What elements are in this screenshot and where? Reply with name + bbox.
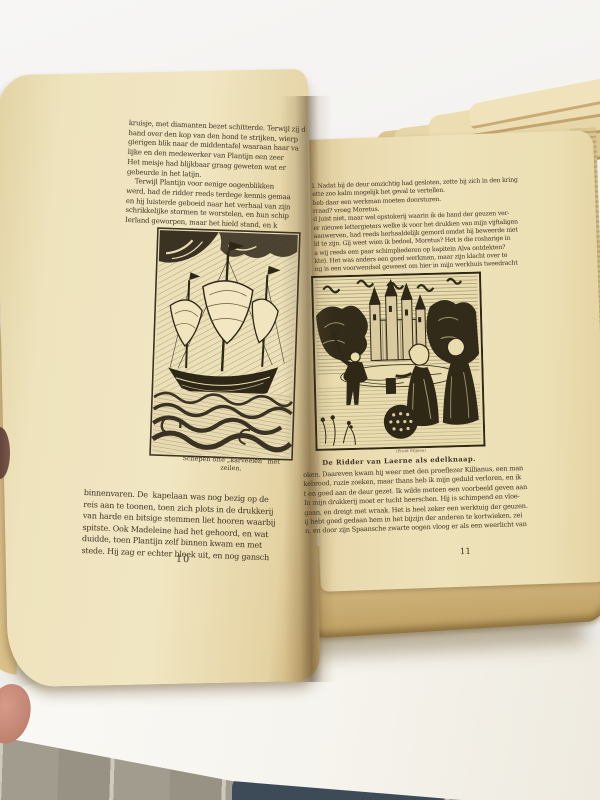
right-page-paragraphs-bottom: oken. Daareven kwam hij weer met den pro… [303, 464, 529, 537]
left-page-number: 10 [176, 554, 190, 565]
left-page-paragraphs-bottom: binnenvaren. De kapelaan was nog bezig o… [81, 487, 319, 566]
left-page-paragraphs-top: kruisje, met diamanten bezet schitterde.… [125, 119, 311, 233]
right-page-paragraphs-top: l. Nadat hij de deur omzichtig had geslo… [312, 176, 531, 275]
photo-open-book: kruisje, met diamanten bezet schitterde.… [0, 0, 600, 800]
right-illustration-credit: (Prent Stijnen) [396, 448, 426, 454]
ship-in-storm-woodcut [149, 227, 301, 461]
knight-page-castle-woodcut [311, 272, 486, 451]
right-page-number: 11 [460, 547, 471, 557]
